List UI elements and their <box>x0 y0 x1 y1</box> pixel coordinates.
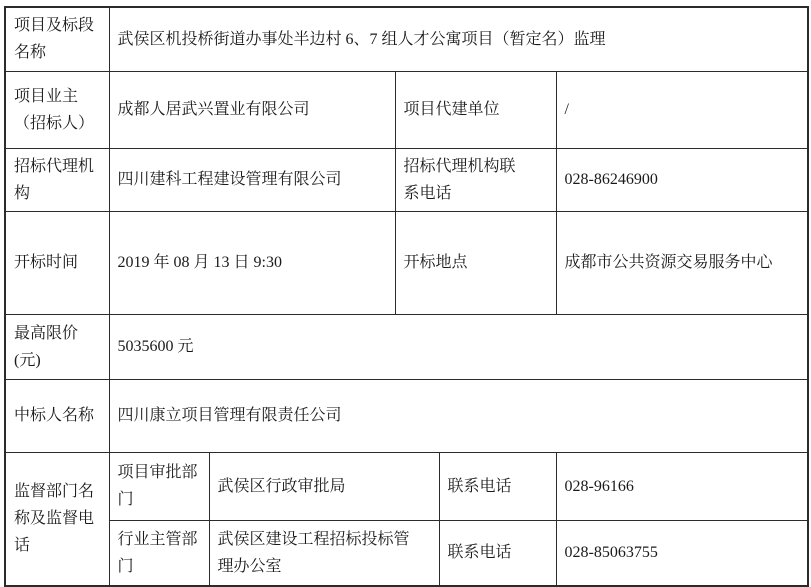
agency-value: 四川建科工程建设管理有限公司 <box>109 148 395 211</box>
winner-label: 中标人名称 <box>5 379 109 452</box>
industry-phone-label: 联系电话 <box>439 520 556 586</box>
owner-label: 项目业主 （招标人） <box>5 71 109 148</box>
table-row: 最高限价 (元) 5035600 元 <box>5 314 808 379</box>
approval-phone-value: 028-96166 <box>556 452 808 520</box>
build-agent-value: / <box>556 71 808 148</box>
tender-result-document: 项目及标段 名称 武侯区机投桥街道办事处半边村 6、7 组人才公寓项目（暂定名）… <box>0 0 811 587</box>
price-limit-value: 5035600 元 <box>109 314 808 379</box>
tender-info-table: 项目及标段 名称 武侯区机投桥街道办事处半边村 6、7 组人才公寓项目（暂定名）… <box>4 6 809 587</box>
approval-phone-label: 联系电话 <box>439 452 556 520</box>
winner-value: 四川康立项目管理有限责任公司 <box>109 379 808 452</box>
price-limit-label: 最高限价 (元) <box>5 314 109 379</box>
project-section-label: 项目及标段 名称 <box>5 7 109 71</box>
supervision-label: 监督部门名 称及监督电 话 <box>5 452 109 586</box>
table-row: 招标代理机 构 四川建科工程建设管理有限公司 招标代理机构联 系电话 028-8… <box>5 148 808 211</box>
build-agent-label: 项目代建单位 <box>395 71 556 148</box>
bid-opening-place-value: 成都市公共资源交易服务中心 <box>556 211 808 314</box>
industry-dept-value: 武侯区建设工程招标投标管 理办公室 <box>209 520 439 586</box>
table-row: 项目业主 （招标人） 成都人居武兴置业有限公司 项目代建单位 / <box>5 71 808 148</box>
table-row: 行业主管部 门 武侯区建设工程招标投标管 理办公室 联系电话 028-85063… <box>5 520 808 586</box>
bid-opening-time-label: 开标时间 <box>5 211 109 314</box>
industry-phone-value: 028-85063755 <box>556 520 808 586</box>
agency-phone-label: 招标代理机构联 系电话 <box>395 148 556 211</box>
project-name-value: 武侯区机投桥街道办事处半边村 6、7 组人才公寓项目（暂定名）监理 <box>109 7 808 71</box>
approval-dept-label: 项目审批部 门 <box>109 452 209 520</box>
table-row: 项目及标段 名称 武侯区机投桥街道办事处半边村 6、7 组人才公寓项目（暂定名）… <box>5 7 808 71</box>
table-row: 开标时间 2019 年 08 月 13 日 9:30 开标地点 成都市公共资源交… <box>5 211 808 314</box>
approval-dept-value: 武侯区行政审批局 <box>209 452 439 520</box>
agency-label: 招标代理机 构 <box>5 148 109 211</box>
bid-opening-place-label: 开标地点 <box>395 211 556 314</box>
table-row: 监督部门名 称及监督电 话 项目审批部 门 武侯区行政审批局 联系电话 028-… <box>5 452 808 520</box>
industry-dept-label: 行业主管部 门 <box>109 520 209 586</box>
bid-opening-time-value: 2019 年 08 月 13 日 9:30 <box>109 211 395 314</box>
owner-value: 成都人居武兴置业有限公司 <box>109 71 395 148</box>
agency-phone-value: 028-86246900 <box>556 148 808 211</box>
table-row: 中标人名称 四川康立项目管理有限责任公司 <box>5 379 808 452</box>
